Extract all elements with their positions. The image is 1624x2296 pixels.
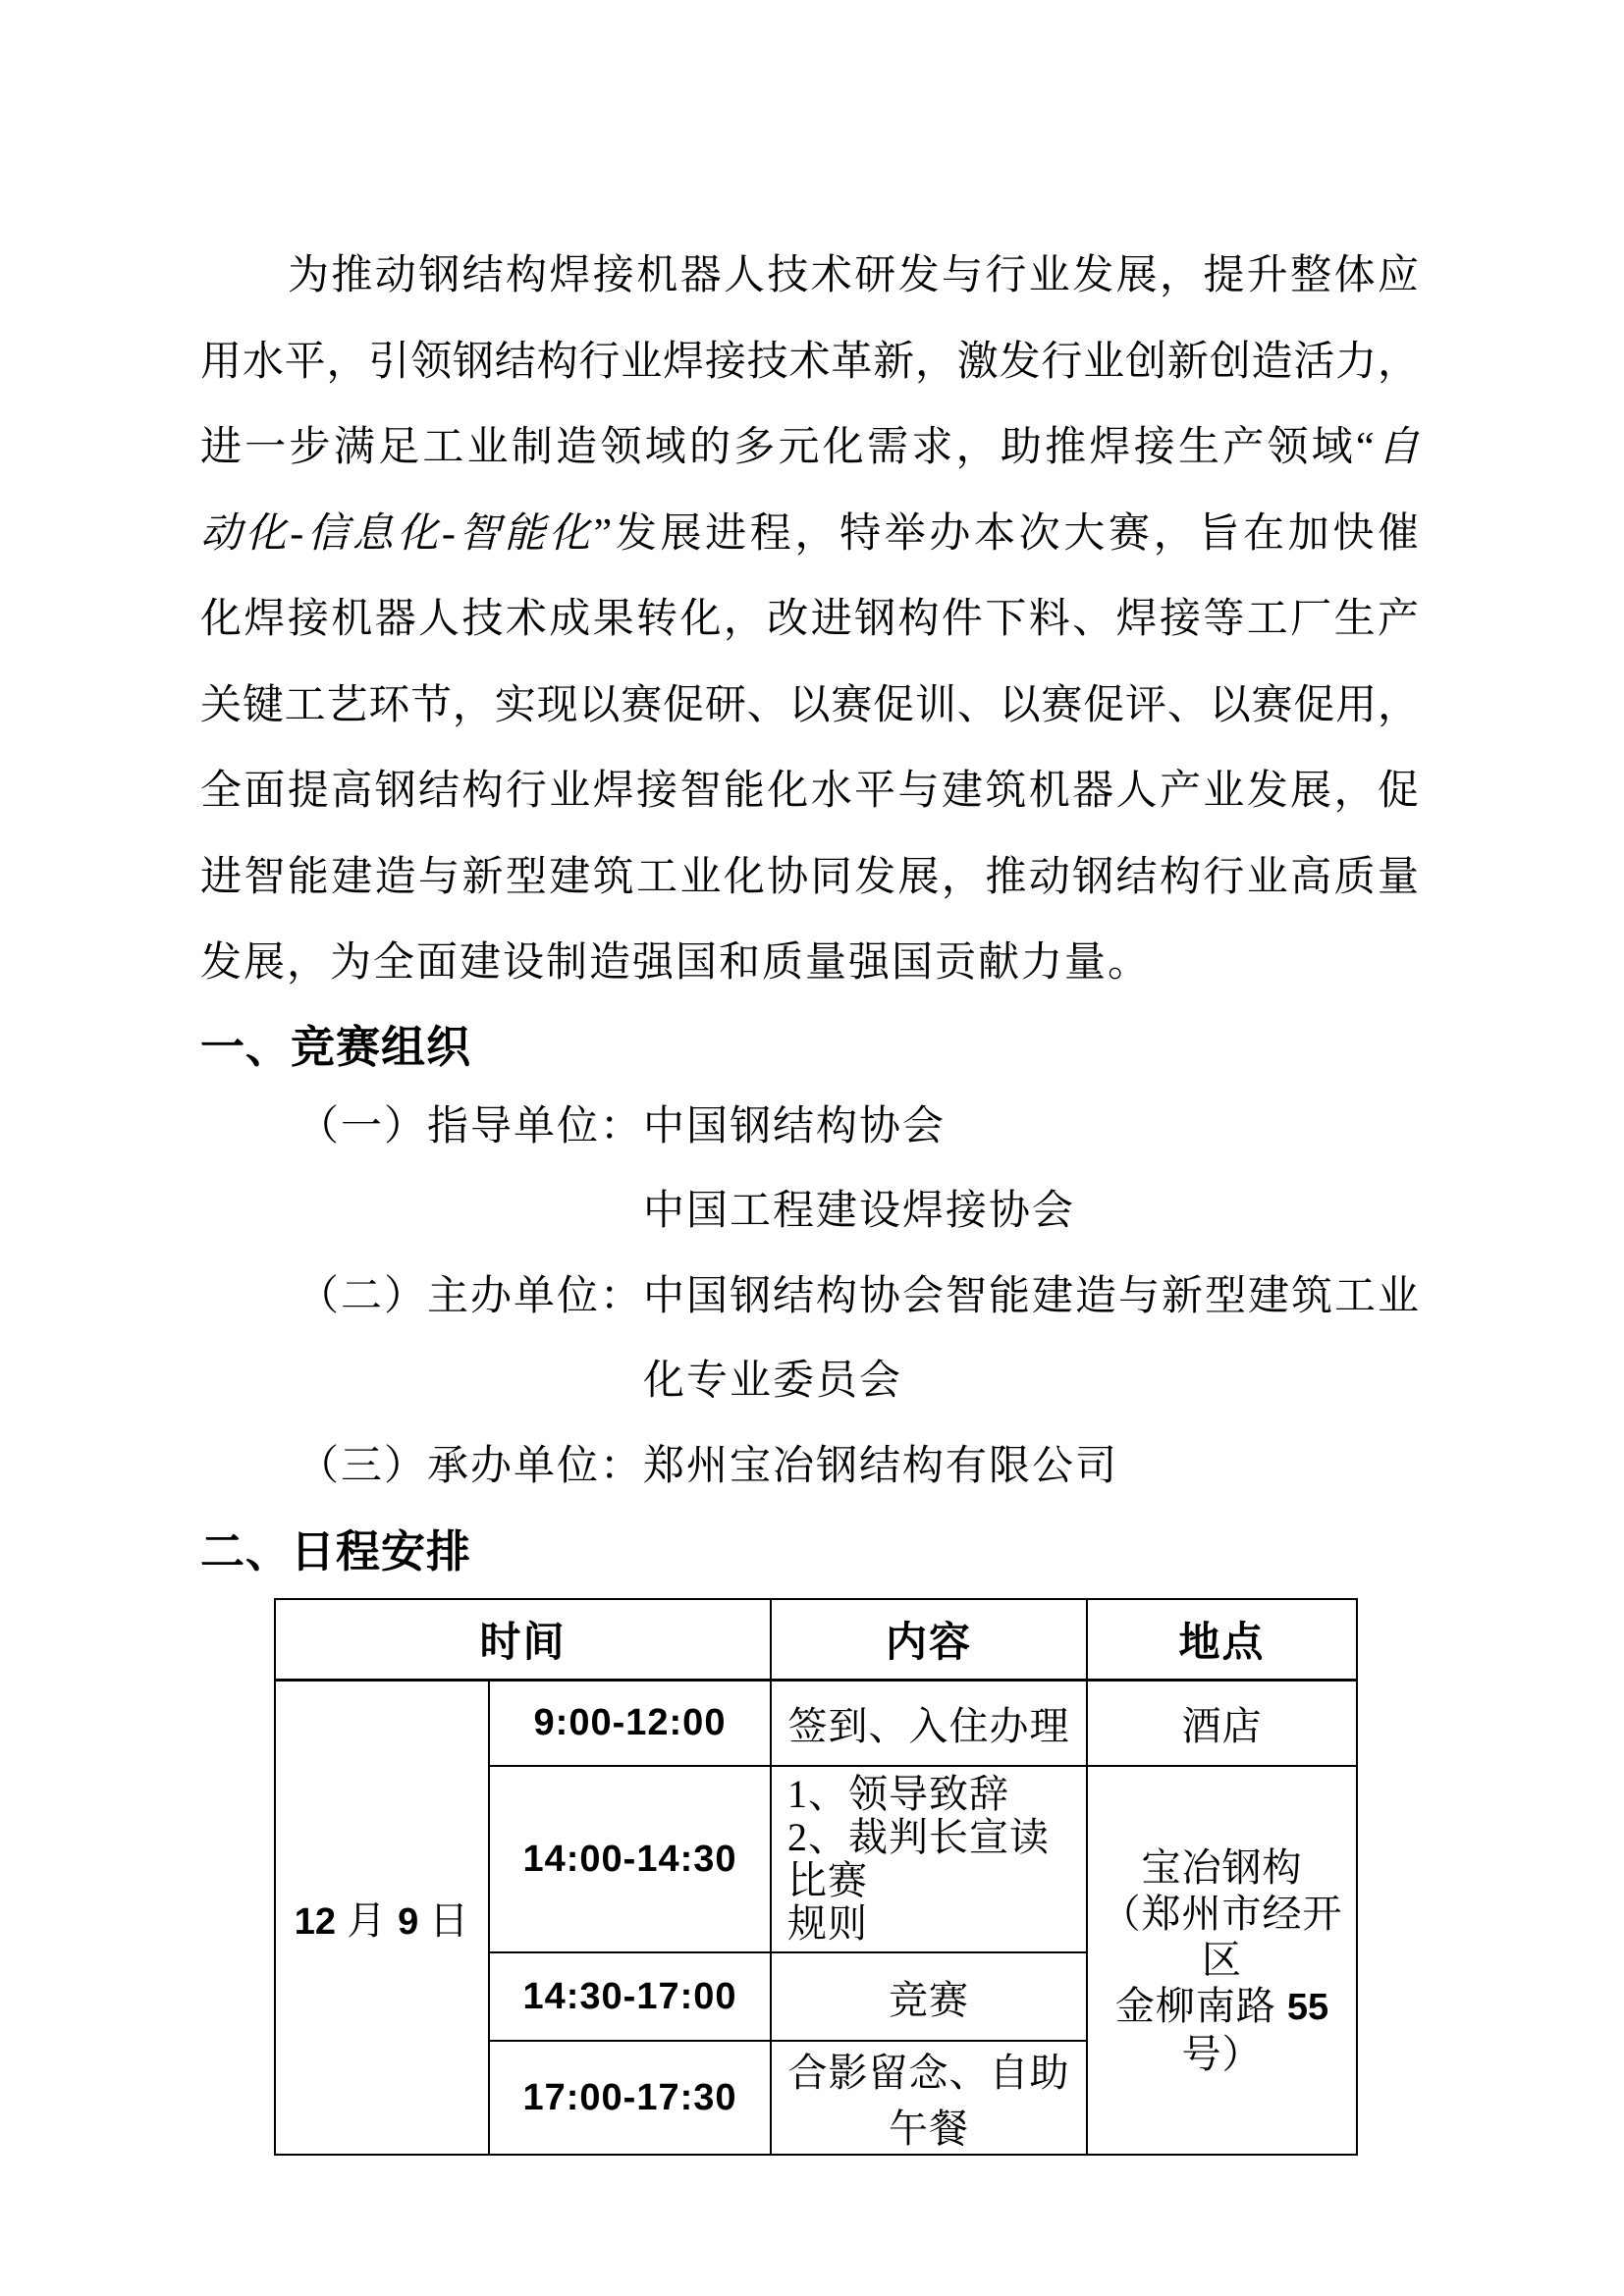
- content-line: 规则: [787, 1902, 1076, 1946]
- organization-list: （一）指导单位：中国钢结构协会中国工程建设焊接协会（二）主办单位：中国钢结构协会…: [298, 1085, 1495, 1509]
- org-item-continuation: 化专业委员会: [298, 1339, 1495, 1423]
- org-item-continuation: 中国工程建设焊接协会: [298, 1169, 1495, 1254]
- date-cell: 12 月 9 日: [275, 1680, 489, 2155]
- org-item: （二）主办单位：中国钢结构协会智能建造与新型建筑工业: [298, 1255, 1495, 1339]
- paragraph-line: 进一步满足工业制造领域的多元化需求，助推焊接生产领域“自: [200, 405, 1419, 492]
- document-page: 为推动钢结构焊接机器人技术研发与行业发展，提升整体应用水平，引领钢结构行业焊接技…: [0, 0, 1624, 2296]
- section-heading-schedule: 二、日程安排: [200, 1522, 471, 1582]
- paragraph-line: 动化-信息化-智能化”发展进程，特举办本次大赛，旨在加快催: [200, 492, 1419, 578]
- location-line: （郑州市经开区: [1088, 1891, 1356, 1983]
- content-cell: 合影留念、自助午餐: [771, 2041, 1087, 2155]
- content-cell: 竞赛: [771, 1952, 1087, 2041]
- paragraph-line: 化焊接机器人技术成果转化，改进钢构件下料、焊接等工厂生产: [200, 577, 1419, 664]
- paragraph-line: 用水平，引领钢结构行业焊接技术革新，激发行业创新创造活力，: [200, 320, 1419, 406]
- text-segment: 化焊接机器人技术成果转化，改进钢构件下料、焊接等工厂生产: [200, 597, 1419, 642]
- text-segment: 进一步满足工业制造领域的多元化需求，助推焊接生产领域“: [200, 425, 1375, 470]
- content-cell: 签到、入住办理: [771, 1680, 1087, 1766]
- time-cell: 14:30-17:00: [489, 1952, 771, 2041]
- quoted-phrase: 自: [1375, 425, 1419, 470]
- location-cell: 酒店: [1087, 1680, 1357, 1766]
- paragraph-line: 关键工艺环节，实现以赛促研、以赛促训、以赛促评、以赛促用，: [200, 664, 1419, 750]
- text-segment: 进智能建造与新型建筑工业化协同发展，推动钢结构行业高质量: [200, 855, 1419, 900]
- paragraph-line: 全面提高钢结构行业焊接智能化水平与建筑机器人产业发展，促: [200, 749, 1419, 835]
- column-header-content: 内容: [771, 1599, 1087, 1680]
- time-cell: 14:00-14:30: [489, 1766, 771, 1952]
- paragraph-line: 为推动钢结构焊接机器人技术研发与行业发展，提升整体应: [200, 234, 1419, 320]
- date-number: 9: [398, 1901, 418, 1943]
- street-number: 55: [1287, 1987, 1328, 2028]
- text-segment: 关键工艺环节，实现以赛促研、以赛促训、以赛促评、以赛促用，: [200, 683, 1419, 728]
- schedule-table: 时间 内容 地点 12 月 9 日 9:00-12:00 签到、入住办理 酒店 …: [274, 1598, 1358, 2156]
- org-item: （一）指导单位：中国钢结构协会: [298, 1085, 1495, 1169]
- text-segment: 用水平，引领钢结构行业焊接技术革新，激发行业创新创造活力，: [200, 340, 1419, 385]
- text-segment: 全面提高钢结构行业焊接智能化水平与建筑机器人产业发展，促: [200, 769, 1419, 814]
- location-merged-cell: 宝冶钢构 （郑州市经开区 金柳南路 55 号）: [1087, 1766, 1357, 2155]
- section-heading-organization: 一、竞赛组织: [200, 1017, 471, 1078]
- content-line: 1、领导致辞: [787, 1773, 1076, 1816]
- time-cell: 17:00-17:30: [489, 2041, 771, 2155]
- column-header-time: 时间: [275, 1599, 771, 1680]
- time-cell: 9:00-12:00: [489, 1680, 771, 1766]
- content-line: 2、裁判长宣读比赛: [787, 1816, 1076, 1902]
- date-number: 12: [295, 1901, 336, 1943]
- column-header-location: 地点: [1087, 1599, 1357, 1680]
- location-line: 宝冶钢构: [1088, 1844, 1356, 1891]
- quoted-phrase: 动化-信息化-智能化: [200, 511, 594, 557]
- paragraph-line: 进智能建造与新型建筑工业化协同发展，推动钢结构行业高质量: [200, 835, 1419, 922]
- location-line: 金柳南路 55 号）: [1088, 1983, 1356, 2077]
- content-cell: 1、领导致辞 2、裁判长宣读比赛 规则: [771, 1766, 1087, 1952]
- org-item: （三）承办单位：郑州宝冶钢结构有限公司: [298, 1424, 1495, 1509]
- text-segment: 为推动钢结构焊接机器人技术研发与行业发展，提升整体应: [288, 253, 1419, 298]
- text-segment: ”发展进程，特举办本次大赛，旨在加快催: [594, 511, 1419, 557]
- intro-paragraph: 为推动钢结构焊接机器人技术研发与行业发展，提升整体应用水平，引领钢结构行业焊接技…: [200, 234, 1419, 1007]
- paragraph-line: 发展，为全面建设制造强国和质量强国贡献力量。: [200, 921, 1419, 1007]
- text-segment: 发展，为全面建设制造强国和质量强国贡献力量。: [200, 940, 1151, 986]
